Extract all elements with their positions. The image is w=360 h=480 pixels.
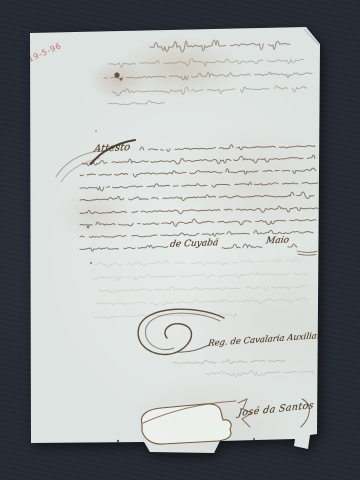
paper-speck xyxy=(90,262,92,264)
body-script-line xyxy=(288,244,297,247)
body-script-line xyxy=(80,219,316,226)
header-script-line xyxy=(150,40,290,52)
faded-script-line xyxy=(93,273,307,281)
paper-shadow: 19-5-96 Attesto de Cuyabá Maio Reg. de C… xyxy=(0,0,360,480)
paper-speck xyxy=(87,226,90,229)
script-lines xyxy=(80,40,318,376)
ink-blot xyxy=(114,72,119,77)
body-script-line xyxy=(80,168,316,177)
corner-crease xyxy=(304,29,319,45)
ink-blot xyxy=(120,78,122,80)
header-script-line xyxy=(112,86,306,96)
faded-script-line xyxy=(94,312,236,319)
manuscript-photo: 19-5-96 Attesto de Cuyabá Maio Reg. de C… xyxy=(0,0,360,480)
header-script-line xyxy=(104,72,312,80)
paper-speck xyxy=(253,438,255,440)
body-script-line xyxy=(80,182,318,191)
header-script-line xyxy=(108,101,164,105)
place-word: de Cuyabá xyxy=(169,238,219,250)
body-script-line xyxy=(80,245,168,251)
month-word: Maio xyxy=(265,236,290,247)
body-script-line xyxy=(140,145,315,152)
body-script-line xyxy=(222,244,262,248)
underline-flourish xyxy=(297,251,317,255)
repair-patch xyxy=(141,404,231,444)
body-script-line xyxy=(82,155,315,165)
post-script-line xyxy=(173,360,285,364)
body-script-line xyxy=(80,192,314,201)
paper-speck xyxy=(95,130,97,132)
paper-speck xyxy=(117,440,119,442)
faded-script-line xyxy=(96,297,308,305)
post-script-line xyxy=(205,371,313,377)
manuscript-paper: 19-5-96 Attesto de Cuyabá Maio Reg. de C… xyxy=(0,0,360,480)
faded-script-line xyxy=(99,286,305,293)
body-opening-word: Attesto xyxy=(93,142,131,155)
body-script-line xyxy=(80,206,318,214)
faded-script-line xyxy=(95,258,300,267)
header-script-line xyxy=(108,59,304,68)
